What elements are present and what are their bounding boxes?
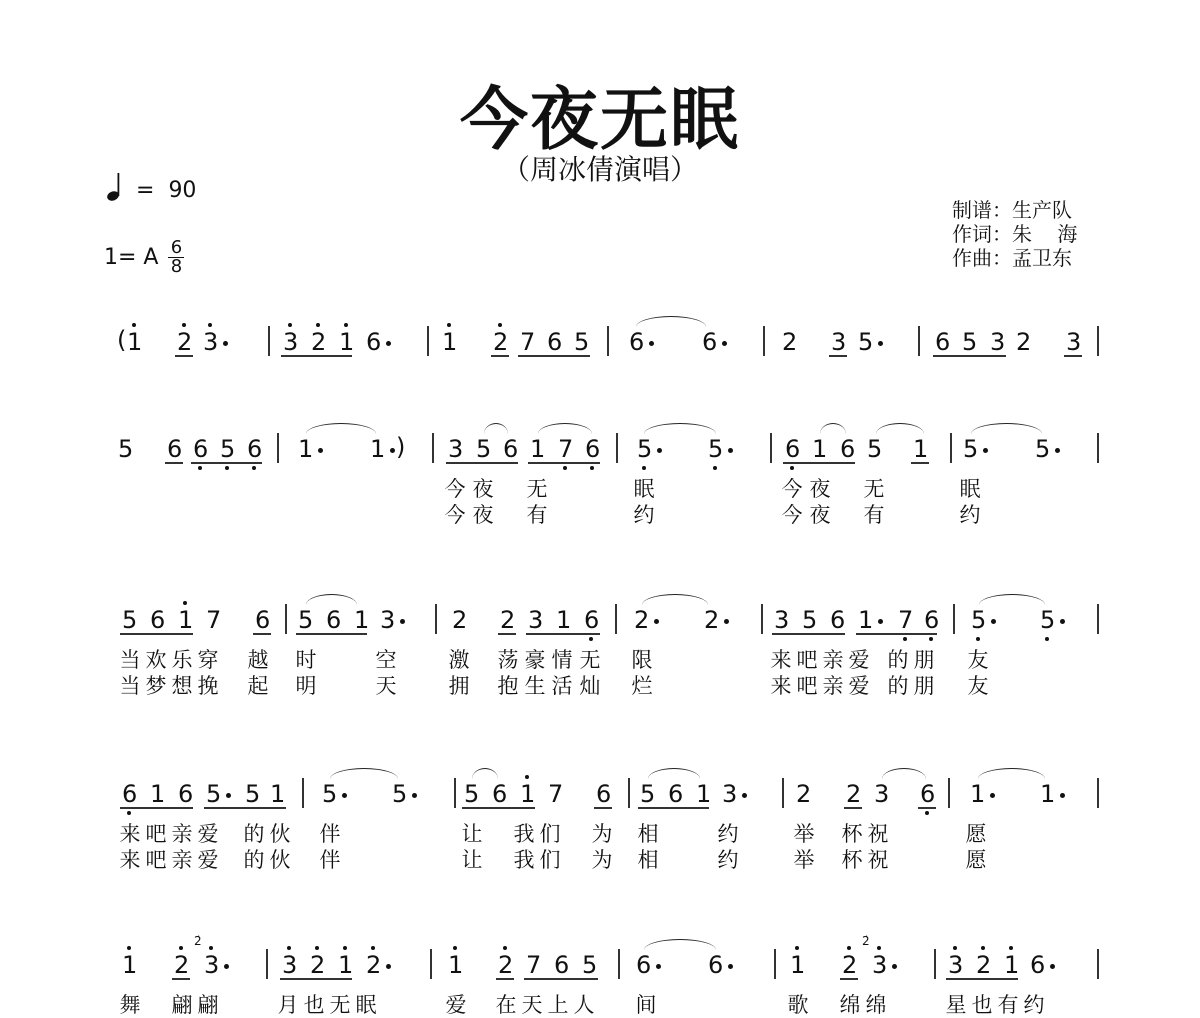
- augmentation-dot: [892, 964, 897, 969]
- beam-underline: [496, 978, 514, 980]
- barline: [302, 778, 304, 808]
- octave-up-dot: [343, 946, 347, 950]
- octave-down-dot: [976, 637, 980, 641]
- beam-underline: [175, 355, 193, 357]
- beam-underline: [524, 978, 598, 980]
- augmentation-dot: [400, 619, 405, 624]
- barline: [1097, 778, 1099, 808]
- octave-down-dot: [563, 466, 567, 470]
- beam-underline: [638, 807, 709, 809]
- note: 2: [976, 953, 990, 977]
- note: 6: [326, 608, 340, 632]
- lyric-verse-1: 眠: [354, 994, 378, 1016]
- lyric-verse-1: 眠: [958, 478, 982, 500]
- lyric-verse-2: 拥: [447, 675, 471, 697]
- lyric-verse-1: 绵: [864, 994, 888, 1016]
- barline: [285, 604, 287, 634]
- note: 6: [785, 437, 799, 461]
- barline: [435, 604, 437, 634]
- note: 2: [704, 608, 718, 632]
- note: 1: [970, 782, 984, 806]
- note: 1: [790, 953, 804, 977]
- lyric-verse-1: 杯: [840, 823, 864, 845]
- slur: [330, 768, 398, 779]
- beam-underline: [172, 978, 190, 980]
- note: 6: [708, 953, 722, 977]
- note: 5: [867, 437, 881, 461]
- note: 1: [556, 608, 570, 632]
- note: 1: [530, 437, 544, 461]
- note: 1: [812, 437, 826, 461]
- augmentation-dot: [224, 964, 229, 969]
- note: 5: [206, 782, 220, 806]
- lyric-verse-2: 约: [632, 504, 656, 526]
- note: 1: [448, 953, 462, 977]
- lyric-verse-1: 穿: [196, 649, 220, 671]
- lyric-verse-1: 夜: [808, 478, 832, 500]
- note: 3: [722, 782, 736, 806]
- octave-up-dot: [498, 323, 502, 327]
- lyric-verse-1: 亲: [821, 649, 845, 671]
- octave-up-dot: [208, 323, 212, 327]
- note: 6: [1030, 953, 1044, 977]
- augmentation-dot: [654, 619, 659, 624]
- note: 6: [840, 437, 854, 461]
- note: 5: [582, 953, 596, 977]
- time-sig-top: 6: [171, 240, 182, 256]
- note: 1: [178, 608, 192, 632]
- lyric-verse-1: 伙: [268, 823, 292, 845]
- credit-lyricist: 作词：朱 海: [952, 222, 1077, 246]
- beam-underline: [911, 462, 929, 464]
- slur: [648, 768, 700, 779]
- lyric-verse-1: 愿: [964, 823, 988, 845]
- lyric-verse-1: 朋: [912, 649, 936, 671]
- octave-up-dot: [795, 946, 799, 950]
- augmentation-dot: [983, 448, 988, 453]
- octave-up-dot: [127, 946, 131, 950]
- note: 1: [127, 330, 141, 354]
- lyric-verse-2: 来: [118, 849, 142, 871]
- octave-up-dot: [179, 946, 183, 950]
- octave-down-dot: [713, 466, 717, 470]
- note: 5: [962, 330, 976, 354]
- augmentation-dot: [649, 341, 654, 346]
- note: 6: [830, 608, 844, 632]
- beam-underline: [1064, 355, 1082, 357]
- lyric-verse-2: 举: [792, 849, 816, 871]
- lyric-verse-1: 无: [862, 478, 886, 500]
- beam-underline: [526, 633, 600, 635]
- lyric-verse-1: 上: [546, 994, 570, 1016]
- key-label: 1= A: [104, 245, 158, 270]
- octave-down-dot: [790, 466, 794, 470]
- lyric-verse-2: 愿: [964, 849, 988, 871]
- slur: [642, 594, 708, 605]
- lyric-verse-1: 乐: [170, 649, 194, 671]
- lyric-verse-1: 约: [716, 823, 740, 845]
- lyric-verse-1: 爱: [444, 994, 468, 1016]
- barline: [616, 433, 618, 463]
- lyric-verse-2: 有: [862, 504, 886, 526]
- lyric-verse-1: 欢: [144, 649, 168, 671]
- note: 3: [831, 330, 845, 354]
- note: 2: [796, 782, 810, 806]
- note: 7: [548, 782, 562, 806]
- beam-underline: [528, 462, 600, 464]
- slur: [882, 768, 926, 779]
- note: 5: [245, 782, 259, 806]
- note: 6: [668, 782, 682, 806]
- beam-underline: [120, 633, 193, 635]
- note: 1: [1004, 953, 1018, 977]
- barline: [266, 949, 268, 979]
- note: 6: [122, 782, 136, 806]
- augmentation-dot: [742, 793, 747, 798]
- lyric-verse-1: 也: [970, 994, 994, 1016]
- note: 6: [178, 782, 192, 806]
- note: 1: [442, 330, 456, 354]
- lyric-verse-2: 吧: [144, 849, 168, 871]
- lyric-verse-2: 亲: [170, 849, 194, 871]
- lyric-verse-2: 有: [525, 504, 549, 526]
- lyric-verse-2: 抱: [496, 675, 520, 697]
- note: 2: [1016, 330, 1030, 354]
- parenthesis: (: [117, 328, 126, 352]
- lyric-verse-1: 有: [996, 994, 1020, 1016]
- note: 6: [492, 782, 506, 806]
- slur: [636, 316, 706, 327]
- note: 2: [366, 953, 380, 977]
- barline: [427, 326, 429, 356]
- note: 2: [311, 330, 325, 354]
- note: 5: [1040, 608, 1054, 632]
- note: 7: [526, 953, 540, 977]
- slur: [644, 939, 716, 950]
- slur: [979, 594, 1045, 605]
- lyric-verse-2: 伙: [268, 849, 292, 871]
- beam-underline: [120, 807, 193, 809]
- lyric-verse-1: 豪: [523, 649, 547, 671]
- augmentation-dot: [386, 341, 391, 346]
- slur: [306, 423, 376, 434]
- note: 6: [366, 330, 380, 354]
- beam-underline: [594, 807, 612, 809]
- lyric-verse-1: 无: [578, 649, 602, 671]
- barline: [918, 326, 920, 356]
- lyric-verse-2: 挽: [196, 675, 220, 697]
- lyric-verse-2: 相: [636, 849, 660, 871]
- note: 7: [898, 608, 912, 632]
- lyric-verse-1: 今: [443, 478, 467, 500]
- note: 5: [464, 782, 478, 806]
- note: 2: [498, 953, 512, 977]
- note: 3: [448, 437, 462, 461]
- lyric-verse-1: 举: [792, 823, 816, 845]
- octave-up-dot: [287, 946, 291, 950]
- barline: [1097, 949, 1099, 979]
- lyric-verse-1: 在: [494, 994, 518, 1016]
- note: 2: [782, 330, 796, 354]
- barline: [268, 326, 270, 356]
- octave-up-dot: [209, 946, 213, 950]
- lyric-verse-1: 空: [374, 649, 398, 671]
- octave-up-dot: [183, 601, 187, 605]
- barline: [615, 604, 617, 634]
- barline: [763, 326, 765, 356]
- barline: [782, 778, 784, 808]
- octave-down-dot: [225, 466, 229, 470]
- time-signature: 6 8: [168, 240, 184, 275]
- augmentation-dot: [656, 964, 661, 969]
- octave-up-dot: [182, 323, 186, 327]
- note: 7: [558, 437, 572, 461]
- lyric-verse-1: 爱: [196, 823, 220, 845]
- lyric-verse-1: 间: [634, 994, 658, 1016]
- lyric-verse-1: 爱: [847, 649, 871, 671]
- octave-down-dot: [252, 466, 256, 470]
- note: 1: [696, 782, 710, 806]
- beam-underline: [491, 355, 509, 357]
- lyric-verse-2: 约: [958, 504, 982, 526]
- note: 3: [990, 330, 1004, 354]
- barline: [628, 778, 630, 808]
- beam-underline: [462, 807, 535, 809]
- note: 2: [634, 608, 648, 632]
- lyric-verse-2: 夜: [808, 504, 832, 526]
- beam-underline: [498, 633, 516, 635]
- lyric-verse-2: 约: [716, 849, 740, 871]
- tempo-equals: =: [136, 178, 154, 203]
- lyric-verse-1: 月: [276, 994, 300, 1016]
- lyric-verse-2: 吧: [795, 675, 819, 697]
- barline: [761, 604, 763, 634]
- credits: 制谱：生产队 作词：朱 海 作曲：孟卫东: [952, 198, 1077, 270]
- note: 5: [1035, 437, 1049, 461]
- note: 3: [1066, 330, 1080, 354]
- lyric-verse-1: 荡: [496, 649, 520, 671]
- beam-underline: [844, 807, 862, 809]
- note: 5: [322, 782, 336, 806]
- beam-underline: [918, 807, 936, 809]
- note: 7: [520, 330, 534, 354]
- note: 1: [858, 608, 872, 632]
- octave-up-dot: [1009, 946, 1013, 950]
- lyric-verse-2: 伴: [318, 849, 342, 871]
- augmentation-dot: [1060, 793, 1065, 798]
- octave-up-dot: [453, 946, 457, 950]
- note: 1: [338, 953, 352, 977]
- note: 6: [636, 953, 650, 977]
- lyric-verse-2: 我: [512, 849, 536, 871]
- note: 1: [270, 782, 284, 806]
- lyric-verse-1: 友: [966, 649, 990, 671]
- lyric-verse-2: 为: [590, 849, 614, 871]
- note: 1: [339, 330, 353, 354]
- augmentation-dot: [1055, 448, 1060, 453]
- lyric-verse-1: 人: [572, 994, 596, 1016]
- barline: [1097, 433, 1099, 463]
- octave-up-dot: [981, 946, 985, 950]
- lyric-verse-1: 的: [242, 823, 266, 845]
- lyric-verse-2: 想: [170, 675, 194, 697]
- credit-composer: 作曲：孟卫东: [952, 246, 1077, 270]
- lyric-verse-2: 爱: [196, 849, 220, 871]
- note: 1: [370, 437, 384, 461]
- lyric-verse-1: 让: [460, 823, 484, 845]
- beam-underline: [946, 978, 1018, 980]
- beam-underline: [783, 462, 855, 464]
- augmentation-dot: [1050, 964, 1055, 969]
- lyric-verse-1: 为: [590, 823, 614, 845]
- lyric-verse-1: 相: [636, 823, 660, 845]
- lyric-verse-1: 限: [630, 649, 654, 671]
- note: 6: [503, 437, 517, 461]
- barline: [934, 949, 936, 979]
- lyric-verse-2: 灿: [578, 675, 602, 697]
- barline: [277, 433, 279, 463]
- note: 6: [584, 608, 598, 632]
- note: 3: [282, 953, 296, 977]
- barline: [618, 949, 620, 979]
- barline: [953, 604, 955, 634]
- lyric-verse-2: 们: [538, 849, 562, 871]
- octave-down-dot: [198, 466, 202, 470]
- slur: [820, 423, 846, 434]
- note: 2: [493, 330, 507, 354]
- lyric-verse-2: 活: [550, 675, 574, 697]
- slur: [978, 768, 1045, 779]
- lyric-verse-1: 眠: [632, 478, 656, 500]
- slur: [538, 423, 592, 434]
- note: 3: [528, 608, 542, 632]
- lyric-verse-1: 歌: [786, 994, 810, 1016]
- slur: [472, 768, 498, 779]
- lyric-verse-2: 当: [118, 675, 142, 697]
- note: 5: [971, 608, 985, 632]
- note: 5: [476, 437, 490, 461]
- octave-up-dot: [344, 323, 348, 327]
- octave-down-dot: [929, 637, 933, 641]
- lyric-verse-1: 翩: [170, 994, 194, 1016]
- augmentation-dot: [386, 964, 391, 969]
- note: 1: [122, 953, 136, 977]
- octave-down-dot: [903, 637, 907, 641]
- note: 5: [708, 437, 722, 461]
- note: 3: [874, 782, 888, 806]
- barline: [774, 949, 776, 979]
- tempo-marking: = 90: [106, 172, 196, 208]
- note: 1: [1040, 782, 1054, 806]
- lyric-verse-2: 爱: [847, 675, 871, 697]
- lyric-verse-1: 亲: [170, 823, 194, 845]
- note: 3: [283, 330, 297, 354]
- beam-underline: [896, 633, 912, 635]
- barline: [430, 949, 432, 979]
- note: 2: [452, 608, 466, 632]
- lyric-verse-1: 情: [550, 649, 574, 671]
- lyric-verse-1: 无: [328, 994, 352, 1016]
- note: 5: [122, 608, 136, 632]
- augmentation-dot: [990, 793, 995, 798]
- octave-down-dot: [127, 811, 131, 815]
- lyric-verse-2: 烂: [630, 675, 654, 697]
- note: 1: [354, 608, 368, 632]
- augmentation-dot: [878, 341, 883, 346]
- lyric-verse-1: 当: [118, 649, 142, 671]
- note: 1: [913, 437, 927, 461]
- lyric-verse-2: 的: [242, 849, 266, 871]
- note: 3: [204, 953, 218, 977]
- beam-underline: [281, 355, 352, 357]
- note: 1: [150, 782, 164, 806]
- lyric-verse-1: 天: [520, 994, 544, 1016]
- lyric-verse-2: 让: [460, 849, 484, 871]
- lyric-verse-2: 祝: [866, 849, 890, 871]
- note: 5: [858, 330, 872, 354]
- lyric-verse-1: 我: [512, 823, 536, 845]
- note: 6: [193, 437, 207, 461]
- lyric-verse-1: 祝: [866, 823, 890, 845]
- note: 3: [380, 608, 394, 632]
- note: 1: [298, 437, 312, 461]
- note: 6: [554, 953, 568, 977]
- note: 6: [585, 437, 599, 461]
- note: 5: [392, 782, 406, 806]
- note: 5: [640, 782, 654, 806]
- lyric-verse-2: 梦: [144, 675, 168, 697]
- lyric-verse-1: 越: [246, 649, 270, 671]
- lyric-verse-1: 无: [525, 478, 549, 500]
- lyric-verse-1: 激: [447, 649, 471, 671]
- time-sig-bottom: 8: [171, 259, 182, 275]
- key-signature: 1= A 6 8: [104, 240, 184, 275]
- beam-underline: [165, 462, 183, 464]
- octave-up-dot: [315, 946, 319, 950]
- beam-underline: [243, 807, 259, 809]
- note: 3: [774, 608, 788, 632]
- augmentation-dot: [226, 793, 231, 798]
- beam-underline: [772, 633, 845, 635]
- note: 2: [177, 330, 191, 354]
- slur: [876, 423, 924, 434]
- note: 5: [963, 437, 977, 461]
- lyric-verse-1: 星: [944, 994, 968, 1016]
- beam-underline: [518, 355, 590, 357]
- lyric-verse-1: 也: [302, 994, 326, 1016]
- augmentation-dot: [657, 448, 662, 453]
- note: 6: [167, 437, 181, 461]
- beam-underline: [296, 633, 367, 635]
- augmentation-dot: [724, 619, 729, 624]
- lyric-verse-1: 的: [886, 649, 910, 671]
- lyric-verse-2: 亲: [821, 675, 845, 697]
- augmentation-dot: [342, 793, 347, 798]
- lyric-verse-2: 朋: [912, 675, 936, 697]
- lyric-verse-1: 们: [538, 823, 562, 845]
- lyric-verse-1: 翩: [196, 994, 220, 1016]
- note: 2: [842, 953, 856, 977]
- augmentation-dot: [1060, 619, 1065, 624]
- note: 6: [702, 330, 716, 354]
- lyric-verse-2: 今: [780, 504, 804, 526]
- augmentation-dot: [728, 964, 733, 969]
- note: 6: [247, 437, 261, 461]
- barline: [1097, 326, 1099, 356]
- octave-up-dot: [316, 323, 320, 327]
- grace-note: 2̇: [194, 935, 202, 947]
- slur: [971, 423, 1042, 434]
